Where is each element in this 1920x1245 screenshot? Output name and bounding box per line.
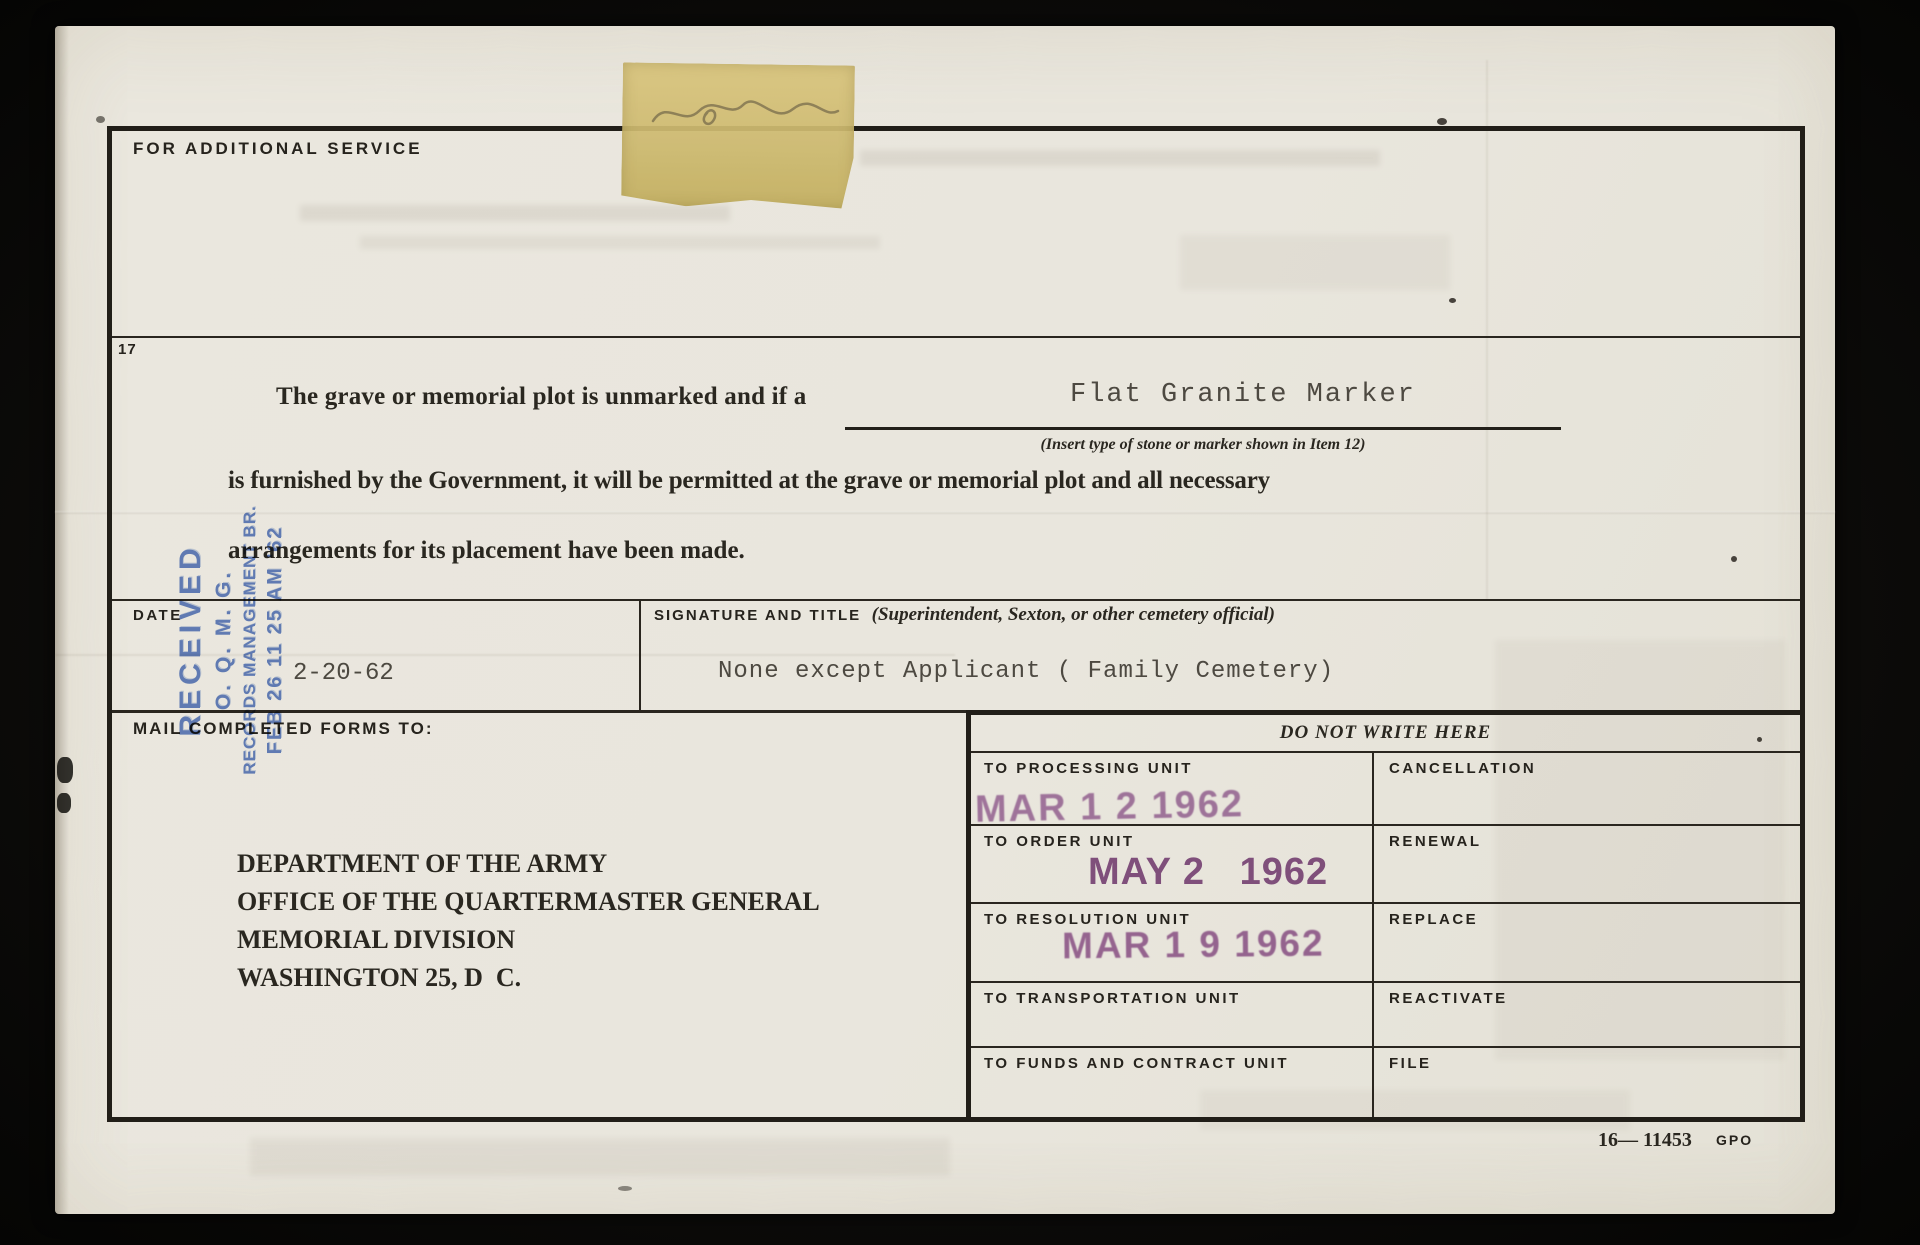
- marker-type-caption: (Insert type of stone or marker shown in…: [845, 436, 1561, 454]
- paper-speck: [1731, 556, 1737, 562]
- paper-speck: [1757, 737, 1762, 742]
- statement-line-1: The grave or memorial plot is unmarked a…: [276, 383, 806, 411]
- print-code: 16— 11453: [1598, 1129, 1692, 1152]
- do-not-write-header: DO NOT WRITE HERE: [971, 722, 1800, 744]
- bleed-through-smudge: [1200, 1090, 1630, 1130]
- routing-action-label: REACTIVATE: [1389, 990, 1508, 1007]
- routing-action-label: CANCELLATION: [1389, 760, 1536, 777]
- statement-line-2: is furnished by the Government, it will …: [228, 467, 1270, 495]
- paper-speck: [1437, 118, 1447, 125]
- marker-type-value: Flat Granite Marker: [1070, 380, 1416, 410]
- routing-action-label: FILE: [1389, 1055, 1432, 1072]
- item-number: 17: [118, 341, 137, 358]
- signature-label: SIGNATURE AND TITLE: [654, 607, 861, 624]
- routing-row-line: [971, 902, 1800, 904]
- marker-type-underline: [845, 427, 1561, 430]
- routing-row-line: [971, 1046, 1800, 1048]
- form-border-top: [107, 126, 1805, 131]
- routing-unit-label: TO ORDER UNIT: [984, 833, 1135, 850]
- bleed-through-smudge: [300, 205, 730, 221]
- routing-table-left-border: [966, 710, 971, 1117]
- resolution-unit-date-stamp: MAR 1 9 1962: [1062, 923, 1325, 968]
- form-border-bottom: [107, 1117, 1805, 1122]
- form-border-left: [107, 126, 112, 1122]
- section-label: FOR ADDITIONAL SERVICE: [133, 139, 423, 159]
- routing-table-top-border: [966, 710, 1805, 715]
- scanner-background: FOR ADDITIONAL SERVICE 17 The grave or m…: [0, 0, 1920, 1245]
- date-row-top-line: [112, 599, 1800, 601]
- form-border-right: [1800, 126, 1805, 1122]
- bleed-through-smudge: [360, 236, 880, 249]
- paper-speck: [96, 116, 105, 123]
- gpo-label: GPO: [1716, 1132, 1753, 1148]
- received-stamp-line: FEB 26 11 25 AM '62: [264, 450, 287, 830]
- tape-scribble: [645, 85, 845, 140]
- bleed-through-smudge: [1495, 640, 1785, 1060]
- routing-header-underline: [971, 751, 1800, 753]
- mail-to-address: DEPARTMENT OF THE ARMY OFFICE OF THE QUA…: [237, 845, 820, 997]
- address-line: OFFICE OF THE QUARTERMASTER GENERAL: [237, 883, 820, 921]
- paper-crease: [1486, 60, 1488, 600]
- paper-speck: [618, 1186, 632, 1191]
- bleed-through-smudge: [1180, 235, 1450, 290]
- date-signature-divider: [639, 601, 641, 711]
- routing-action-label: REPLACE: [1389, 911, 1478, 928]
- paper-crease: [55, 511, 1835, 514]
- routing-action-label: RENEWAL: [1389, 833, 1482, 850]
- routing-column-divider: [1372, 753, 1374, 1117]
- processing-unit-date-stamp: MAR 1 2 1962: [975, 783, 1245, 832]
- paper-left-edge: [55, 26, 69, 1214]
- paper-edge-blob: [57, 793, 71, 813]
- signature-label-group: SIGNATURE AND TITLE (Superintendent, Sex…: [654, 604, 1275, 626]
- received-stamp-line: RECORDS MANAGEMENT BR.: [240, 450, 260, 830]
- address-line: MEMORIAL DIVISION: [237, 921, 820, 959]
- bleed-through-smudge: [250, 1138, 950, 1176]
- received-stamp-line: O. Q. M. G.: [212, 450, 236, 830]
- order-unit-date-stamp: MAY 2 1962: [1088, 851, 1328, 894]
- paper-speck: [1449, 298, 1456, 303]
- item-17-separator-line: [112, 336, 1800, 338]
- address-line: WASHINGTON 25, D C.: [237, 959, 820, 997]
- routing-row-line: [971, 981, 1800, 983]
- address-line: DEPARTMENT OF THE ARMY: [237, 845, 820, 883]
- signature-value: None except Applicant ( Family Cemetery): [718, 658, 1334, 685]
- received-stamp: RECEIVED O. Q. M. G. RECORDS MANAGEMENT …: [150, 450, 310, 830]
- paper-edge-blob: [57, 757, 73, 783]
- signature-label-note: (Superintendent, Sexton, or other cemete…: [872, 604, 1275, 625]
- routing-unit-label: TO FUNDS AND CONTRACT UNIT: [984, 1055, 1289, 1072]
- routing-unit-label: TO PROCESSING UNIT: [984, 760, 1193, 777]
- bleed-through-smudge: [860, 150, 1380, 166]
- routing-unit-label: TO TRANSPORTATION UNIT: [984, 990, 1241, 1007]
- received-stamp-line: RECEIVED: [174, 450, 208, 830]
